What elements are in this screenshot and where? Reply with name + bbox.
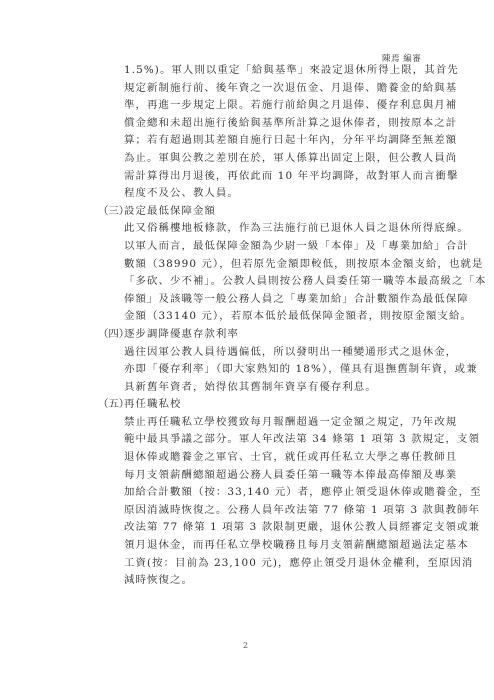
paragraph-line: 準，再進一步規定上限。若施行前給與之月退俸、優存利息與月補 (98, 97, 416, 115)
paragraph-line: 亦即「優存利率」（即大家熟知的 18%），僅具有退撫舊制年資，或兼 (98, 361, 416, 379)
section-number: （四） (98, 326, 124, 344)
paragraph-line: 數額（38990 元），但若原先金額即較低，則按原本金額支給，也就是 (98, 256, 416, 274)
paragraph-line: 過往因軍公教人員待遇偏低，所以發明出一種變通形式之退休金， (98, 344, 416, 362)
section-preferential-interest: （四） 逐步調降優惠存款利率 過往因軍公教人員待遇偏低，所以發明出一種變通形式之… (98, 326, 416, 396)
page-number: 2 (243, 641, 248, 650)
section-heading: （五） 再任職私校 (98, 396, 416, 414)
section-title: 設定最低保障金額 (124, 203, 216, 221)
paragraph-line: 金額（33140 元），若原本低於最低保障金額者，則按原金額支給。 (98, 308, 416, 326)
paragraph-line: 改法第 77 條第 1 項第 3 款限制更嚴，退休公教人員經審定支領或兼 (98, 519, 416, 537)
paragraph-line: 此又俗稱樓地板條款，作為三法施行前已退休人員之退休所得底線。 (98, 220, 416, 238)
paragraph-line: 退休俸或贍養金之軍官、士官，就任或再任私立大學之專任教師且 (98, 449, 416, 467)
paragraph-line: 減時恢復之。 (98, 572, 416, 590)
paragraph-line: 原因消滅時恢復之。公務人員年改法第 77 條第 1 項第 3 款與教師年 (98, 502, 416, 520)
section-number: （三） (98, 203, 124, 221)
section-title: 逐步調降優惠存款利率 (124, 326, 239, 344)
paragraph-line: 1.5%)。軍人則以重定「給與基準」來設定退休所得上限，其首先 (98, 62, 416, 80)
paragraph-line: 領月退休金，而再任私立學校職務且每月支領薪酬總額超過法定基本 (98, 537, 416, 555)
paragraph-line: 工資(按：目前為 23,100 元)，應停止領受月退休金權利，至原因消 (98, 555, 416, 573)
paragraph-line: 每月支領薪酬總額超過公務人員委任第一職等本俸最高俸額及專業 (98, 467, 416, 485)
paragraph-line: 範中最具爭議之部分。軍人年改法第 34 條第 1 項第 3 款規定，支領 (98, 431, 416, 449)
paragraph-line: 「多砍、少不補」。公教人員則按公務人員委任第一職等本最高級之「本 (98, 273, 416, 291)
section-title: 再任職私校 (124, 396, 181, 414)
paragraph-line: 具新舊年資者，始得依其舊制年資享有優存利息。 (98, 379, 416, 397)
paragraph-line: 需計算得出月退後，再依此而 10 年平均調降，故對軍人而言衝擊 (98, 168, 416, 186)
paragraph-line: 加給合計數額（按：33,140 元）者，應停止領受退休俸或贍養金，至 (98, 484, 416, 502)
continuation-paragraph: 1.5%)。軍人則以重定「給與基準」來設定退休所得上限，其首先 規定新制施行前、… (98, 62, 416, 203)
document-body: 1.5%)。軍人則以重定「給與基準」來設定退休所得上限，其首先 規定新制施行前、… (98, 62, 416, 590)
section-heading: （四） 逐步調降優惠存款利率 (98, 326, 416, 344)
paragraph-line: 程度不及公、教人員。 (98, 185, 416, 203)
paragraph-line: 俸額」及該職等一般公務人員之「專業加給」合計數額作為最低保障 (98, 291, 416, 309)
section-number: （五） (98, 396, 124, 414)
paragraph-line: 以軍人而言，最低保障金額為少尉一級「本俸」及「專業加給」合計 (98, 238, 416, 256)
paragraph-line: 償金總和未超出施行後給與基準所計算之退休俸者，則按原本之計 (98, 115, 416, 133)
paragraph-line: 為止。軍與公教之差別在於，軍人係算出固定上限，但公教人員尚 (98, 150, 416, 168)
paragraph-line: 規定新制施行前、後年資之一次退伍金、月退俸、贍養金的給與基 (98, 80, 416, 98)
section-heading: （三） 設定最低保障金額 (98, 203, 416, 221)
paragraph-line: 禁止再任職私立學校獲致每月報酬超過一定金額之規定，乃年改規 (98, 414, 416, 432)
section-minimum-guarantee: （三） 設定最低保障金額 此又俗稱樓地板條款，作為三法施行前已退休人員之退休所得… (98, 203, 416, 326)
paragraph-line: 算；若有超過則其差額自施行日起十年內，分年平均調降至無差額 (98, 132, 416, 150)
section-private-school-reemployment: （五） 再任職私校 禁止再任職私立學校獲致每月報酬超過一定金額之規定，乃年改規 … (98, 396, 416, 590)
